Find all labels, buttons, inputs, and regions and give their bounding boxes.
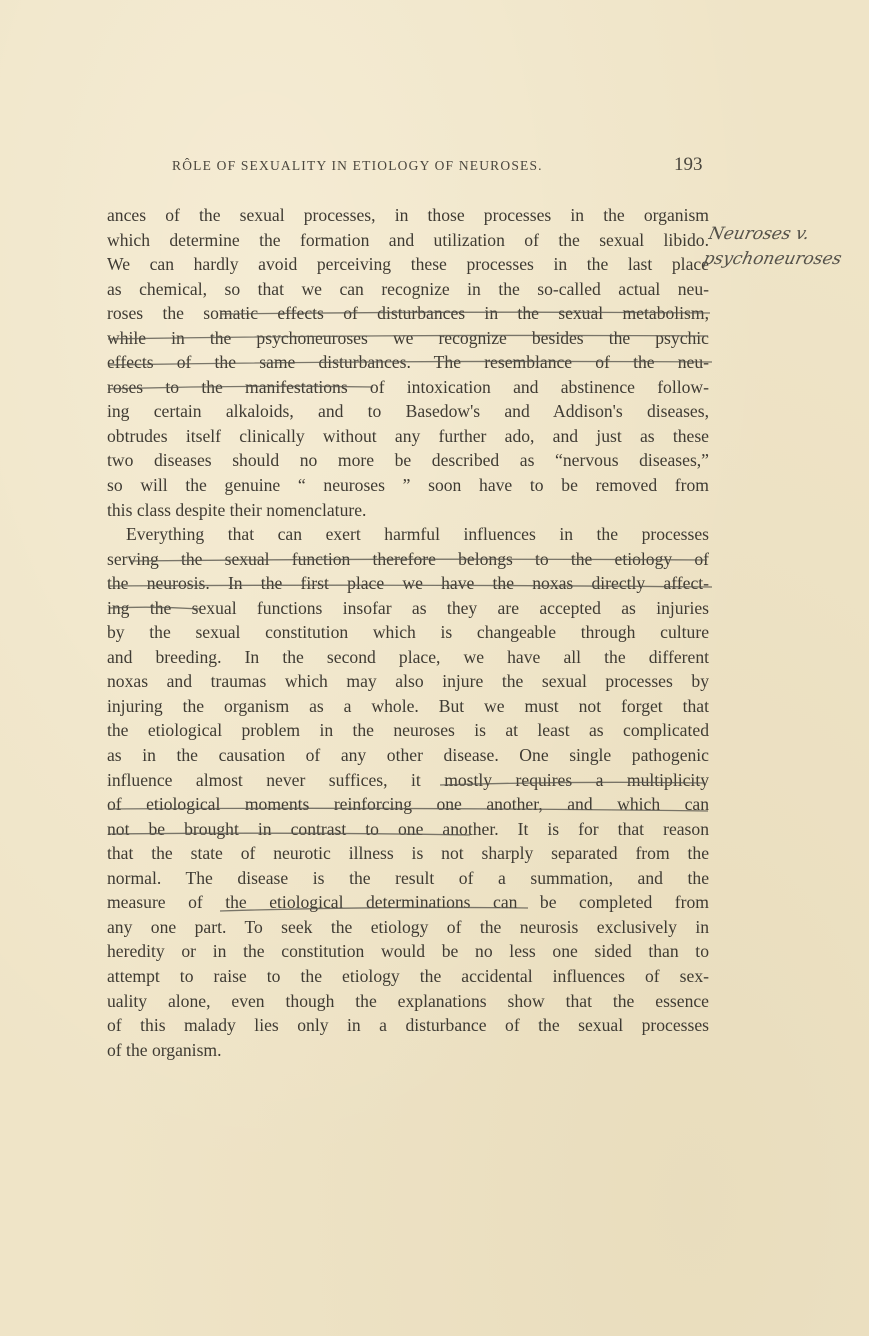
running-head: RÔLE OF SEXUALITY IN ETIOLOGY OF NEUROSE… — [172, 158, 712, 174]
text-line: two diseases should no more be described… — [107, 448, 709, 473]
text-line: attempt to raise to the etiology the acc… — [107, 964, 709, 989]
text-line: ing the sexual functions insofar as they… — [107, 596, 709, 621]
text-line: of etiological moments reinforcing one a… — [107, 792, 709, 817]
text-line: ing certain alkaloids, and to Basedow's … — [107, 399, 709, 424]
text-line: injuring the organism as a whole. But we… — [107, 694, 709, 719]
text-line: by the sexual constitution which is chan… — [107, 620, 709, 645]
body-text: ances of the sexual processes, in those … — [107, 203, 709, 1062]
text-line: roses to the manifestations of intoxicat… — [107, 375, 709, 400]
text-line: effects of the same disturbances. The re… — [107, 350, 709, 375]
page-number: 193 — [674, 154, 703, 176]
text-line: heredity or in the constitution would be… — [107, 939, 709, 964]
text-line: normal. The disease is the result of a s… — [107, 866, 709, 891]
text-line: so will the genuine “ neuroses ” soon ha… — [107, 473, 709, 498]
text-line: Everything that can exert harmful influe… — [107, 522, 709, 547]
text-line: as chemical, so that we can recognize in… — [107, 277, 709, 302]
text-line: not be brought in contrast to one anothe… — [107, 817, 709, 842]
marginal-note-line-1: Neuroses v. — [706, 222, 869, 247]
marginal-note-line-2: psychoneuroses — [701, 247, 869, 272]
text-line: which determine the formation and utiliz… — [107, 228, 709, 253]
text-line: any one part. To seek the etiology of th… — [107, 915, 709, 940]
text-line: roses the somatic effects of disturbance… — [107, 301, 709, 326]
text-line: measure of the etiological determination… — [107, 890, 709, 915]
text-line: the etiological problem in the neuroses … — [107, 718, 709, 743]
text-line: uality alone, even though the explanatio… — [107, 989, 709, 1014]
text-line: We can hardly avoid perceiving these pro… — [107, 252, 709, 277]
text-line: the neurosis. In the first place we have… — [107, 571, 709, 596]
text-line: obtrudes itself clinically without any f… — [107, 424, 709, 449]
text-line: as in the causation of any other disease… — [107, 743, 709, 768]
text-line: influence almost never suffices, it most… — [107, 768, 709, 793]
text-line: noxas and traumas which may also injure … — [107, 669, 709, 694]
text-line: serving the sexual function therefore be… — [107, 547, 709, 572]
book-page: RÔLE OF SEXUALITY IN ETIOLOGY OF NEUROSE… — [0, 0, 869, 1336]
text-line: ances of the sexual processes, in those … — [107, 203, 709, 228]
text-line: that the state of neurotic illness is no… — [107, 841, 709, 866]
text-line: of this malady lies only in a disturbanc… — [107, 1013, 709, 1038]
text-line: this class despite their nomenclature. — [107, 498, 709, 523]
text-line: of the organism. — [107, 1038, 709, 1063]
handwritten-marginal-note: Neuroses v. psychoneuroses — [697, 222, 869, 292]
text-line: and breeding. In the second place, we ha… — [107, 645, 709, 670]
text-line: while in the psychoneuroses we recognize… — [107, 326, 709, 351]
